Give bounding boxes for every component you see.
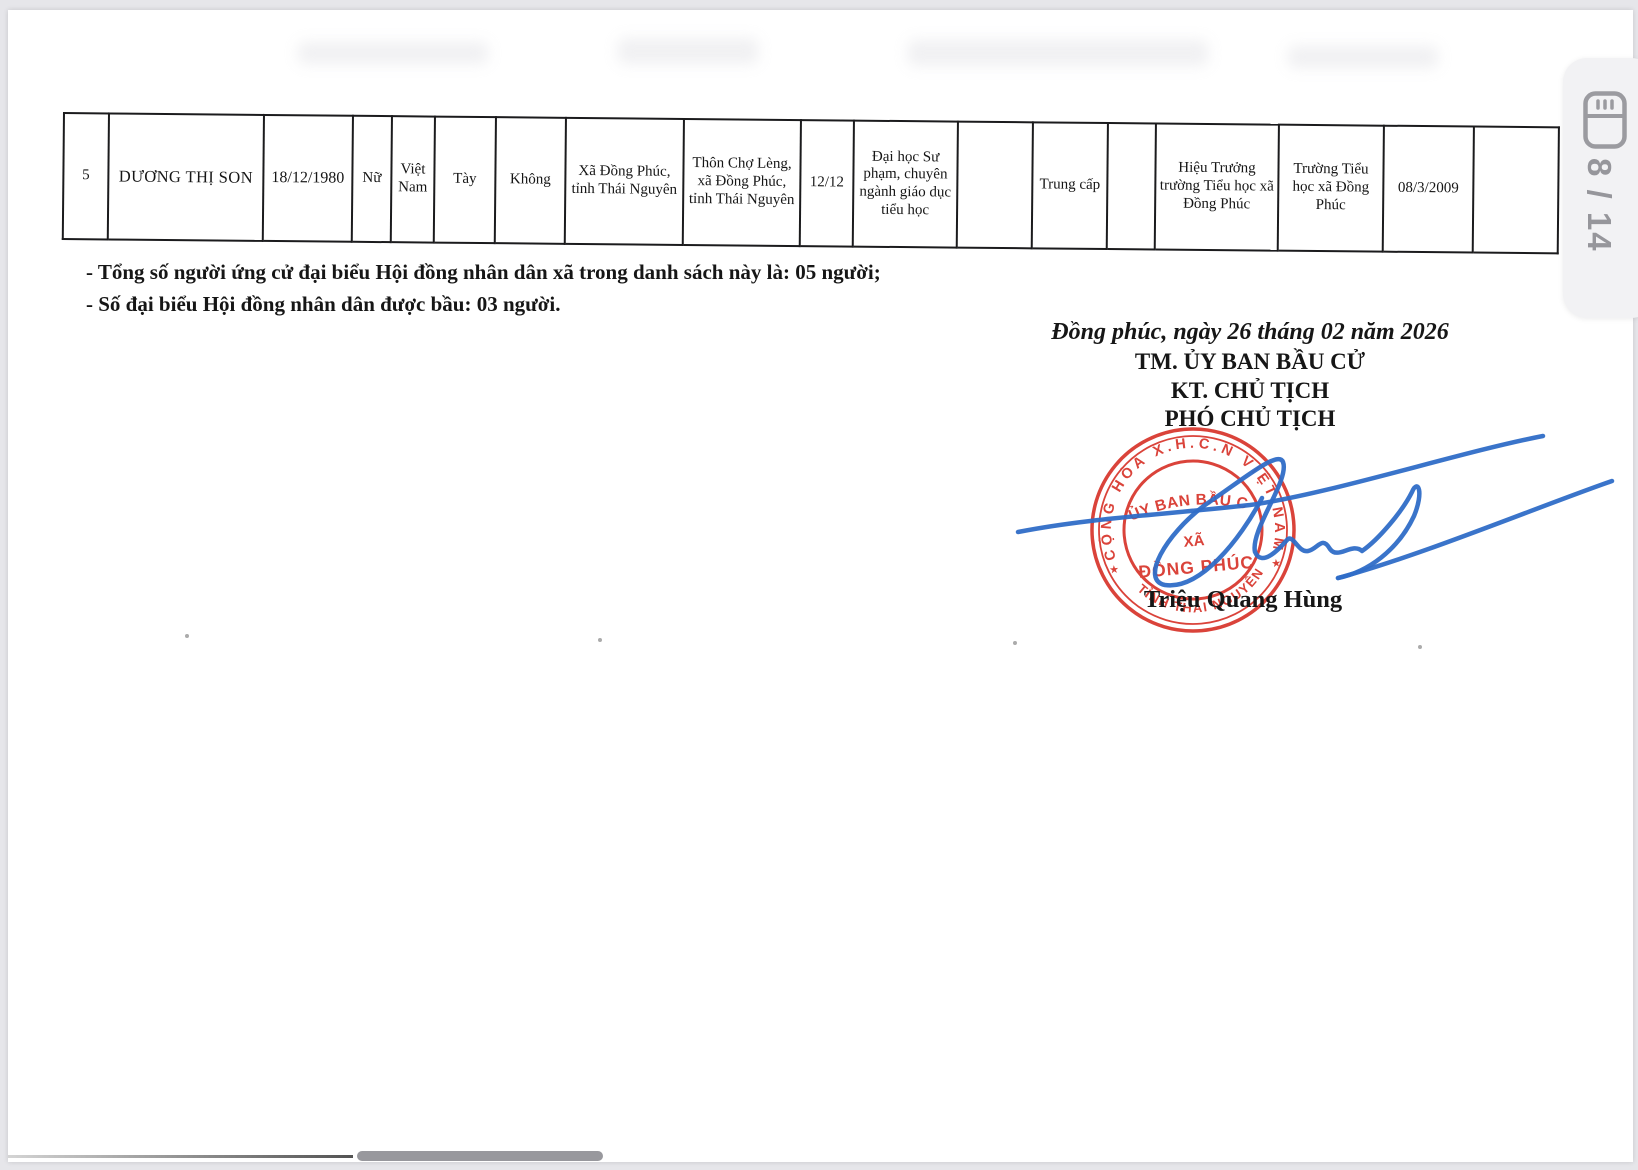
cell-education: 12/12	[800, 120, 854, 247]
scan-smudge	[1288, 46, 1438, 68]
summary-line-elected: - Số đại biểu Hội đồng nhân dân được bầu…	[86, 288, 881, 320]
scan-dot	[1418, 645, 1422, 649]
cell-residence: Thôn Chợ Lèng, xã Đồng Phúc, tỉnh Thái N…	[683, 119, 801, 246]
cell-ethnicity: Tày	[434, 117, 496, 244]
cell-religion: Không	[495, 117, 566, 244]
scan-edge-line	[8, 1155, 353, 1158]
cell-empty	[1473, 127, 1559, 254]
scan-dot	[185, 634, 189, 638]
summary-line-total: - Tổng số người ứng cử đại biểu Hội đồng…	[86, 256, 881, 288]
cell-empty	[957, 122, 1033, 249]
cell-birth-date: 18/12/1980	[263, 115, 353, 242]
table-row: 5 DƯƠNG THỊ SON 18/12/1980 Nữ Việt Nam T…	[63, 113, 1559, 253]
cell-position: Hiệu Trưởng trường Tiểu học xã Đồng Phúc	[1155, 123, 1279, 250]
scan-dot	[598, 638, 602, 642]
page-indicator-badge[interactable]: 8 / 14	[1563, 58, 1638, 318]
candidate-table: 5 DƯƠNG THỊ SON 18/12/1980 Nữ Việt Nam T…	[62, 112, 1560, 254]
handwritten-signature	[1000, 418, 1638, 603]
pages-icon	[1582, 90, 1628, 150]
cell-full-name: DƯƠNG THỊ SON	[108, 113, 264, 240]
cell-workplace: Trường Tiểu học xã Đồng Phúc	[1278, 125, 1384, 252]
cell-empty	[1107, 123, 1156, 249]
document-viewer: { "viewer": { "page_indicator": { "text"…	[0, 0, 1638, 1170]
authority-line-2: KT. CHỦ TỊCH	[1020, 377, 1480, 406]
date-line: Đồng phúc, ngày 26 tháng 02 năm 2026	[1020, 316, 1480, 348]
cell-hometown: Xã Đồng Phúc, tỉnh Thái Nguyên	[565, 118, 684, 245]
cell-nationality: Việt Nam	[391, 116, 435, 242]
scan-dot	[1013, 641, 1017, 645]
cell-political-theory: Trung cấp	[1032, 122, 1108, 249]
signer-name: Triệu Quang Hùng	[1020, 586, 1466, 614]
summary-block: - Tổng số người ứng cử đại biểu Hội đồng…	[86, 256, 881, 320]
authority-line-1: TM. ỦY BAN BẦU CỬ	[1020, 348, 1480, 377]
scan-smudge	[298, 42, 488, 64]
cell-ordinal: 5	[63, 113, 109, 239]
cell-gender: Nữ	[352, 116, 392, 242]
cell-party-date: 08/3/2009	[1383, 126, 1474, 253]
scan-smudge	[618, 38, 758, 64]
horizontal-scrollbar[interactable]	[357, 1151, 603, 1161]
cell-specialty: Đại học Sư phạm, chuyên ngành giáo dục t…	[853, 121, 958, 248]
scan-smudge	[908, 40, 1208, 66]
page-indicator-text: 8 / 14	[1580, 158, 1618, 253]
